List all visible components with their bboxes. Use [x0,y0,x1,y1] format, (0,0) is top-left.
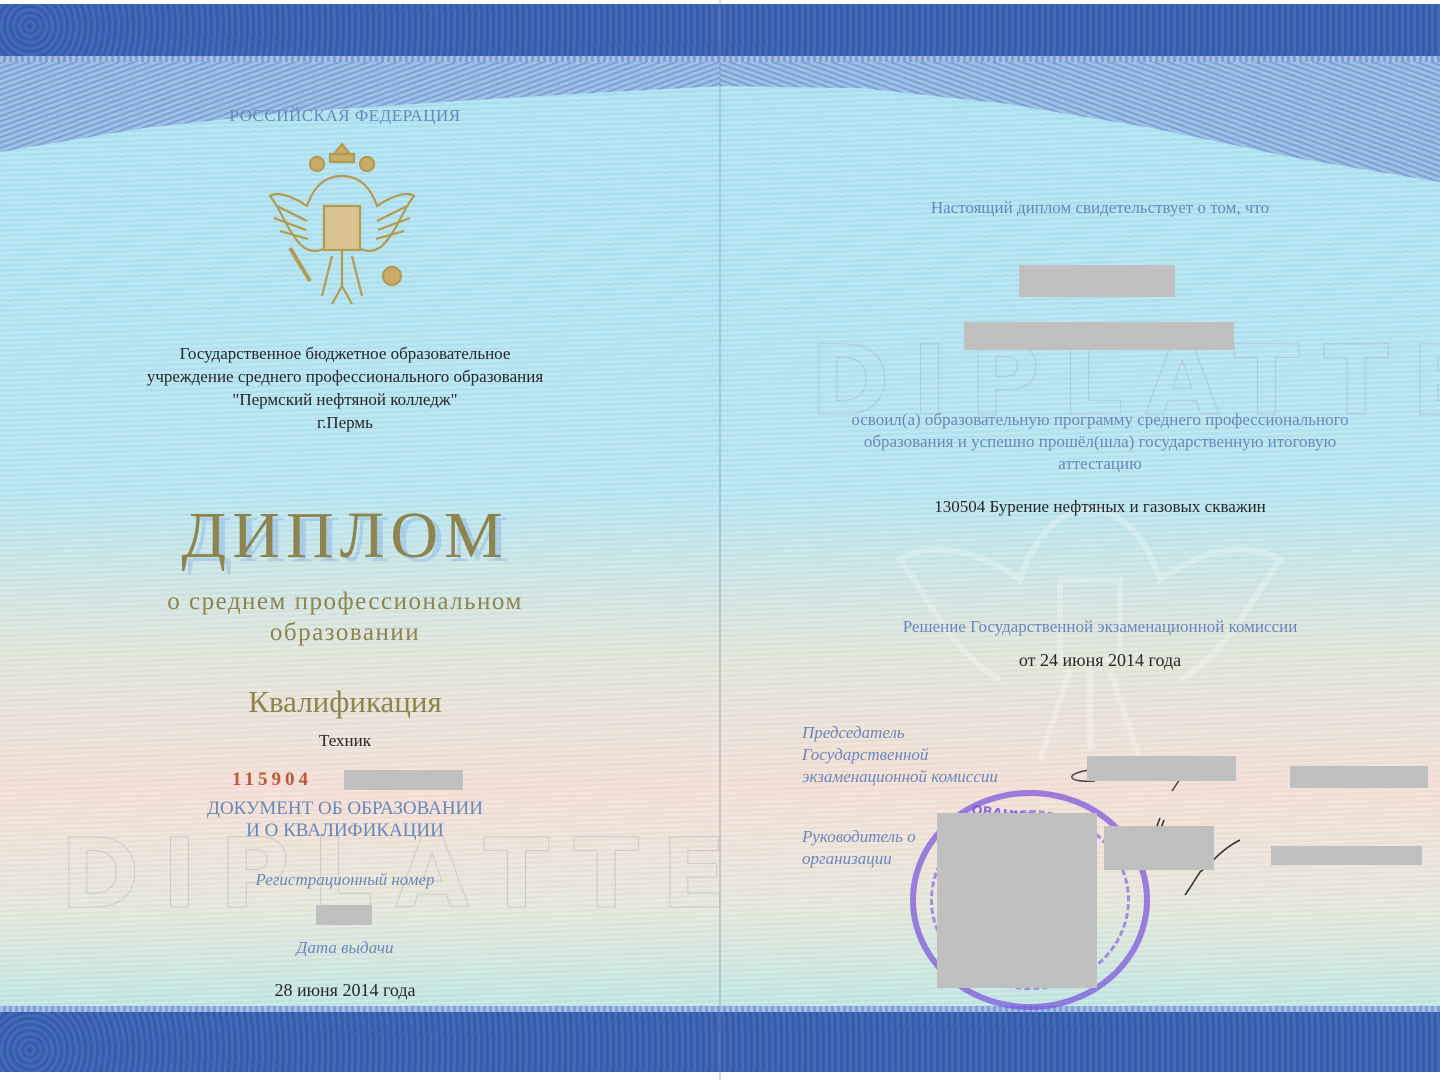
chairman-label: Председатель Государственной экзаменацио… [802,722,998,788]
redacted-chairman-signature [1087,756,1236,781]
redacted-chairman-name [1290,766,1428,788]
institution-line: Государственное бюджетное образовательно… [60,342,630,365]
qualification-label: Квалификация [60,684,630,720]
institution-name: Государственное бюджетное образовательно… [60,342,630,434]
diploma-subtitle: о среднем профессиональном образовании [60,586,630,648]
head-label: Руководитель о организации [802,826,916,870]
institution-line: учреждение среднего профессионального об… [60,365,630,388]
head-label-line: Руководитель о [802,826,916,848]
issue-date: 28 июня 2014 года [60,980,630,1001]
completion-text: освоил(а) образовательную программу сред… [740,409,1440,475]
chairman-label-line: Государственной [802,744,998,766]
diploma-title: ДИПЛОМ [60,496,630,576]
document-type-line: ДОКУМЕНТ ОБ ОБРАЗОВАНИИ [60,798,630,820]
institution-city: г.Пермь [60,411,630,434]
chairman-label-line: Председатель [802,722,998,744]
registration-label: Регистрационный номер [60,870,630,890]
redacted-registration-number [316,905,372,925]
redacted-surname [1019,265,1175,297]
issue-date-label: Дата выдачи [60,938,630,958]
coat-of-arms-icon [262,136,422,311]
completion-line: аттестацию [740,453,1440,475]
diploma-spread: РОССИЙСКАЯ ФЕДЕРАЦИЯ Государственное бюд… [0,0,1440,1080]
completion-line: освоил(а) образовательную программу сред… [740,409,1440,431]
chairman-label-line: экзаменационной комиссии [802,766,998,788]
intro-text: Настоящий диплом свидетельствует о том, … [740,198,1440,218]
redacted-given-names [964,322,1234,350]
decision-date: от 24 июня 2014 года [740,650,1440,671]
redacted-head-signature [1104,826,1214,870]
redacted-head-name [1271,846,1422,865]
serial-number: 115904 [232,769,312,791]
head-label-line: организации [802,848,916,870]
specialty: 130504 Бурение нефтяных и газовых скважи… [740,497,1440,517]
completion-line: образования и успешно прошёл(шла) госуда… [740,431,1440,453]
qualification-value: Техник [60,731,630,751]
redacted-seal-center [937,813,1097,988]
subtitle-line: о среднем профессиональном [60,586,630,617]
redacted-serial [344,770,463,790]
institution-line: "Пермский нефтяной колледж" [60,388,630,411]
subtitle-line: образовании [60,617,630,648]
decision-label: Решение Государственной экзаменационной … [740,617,1440,637]
country-name: РОССИЙСКАЯ ФЕДЕРАЦИЯ [195,106,495,126]
